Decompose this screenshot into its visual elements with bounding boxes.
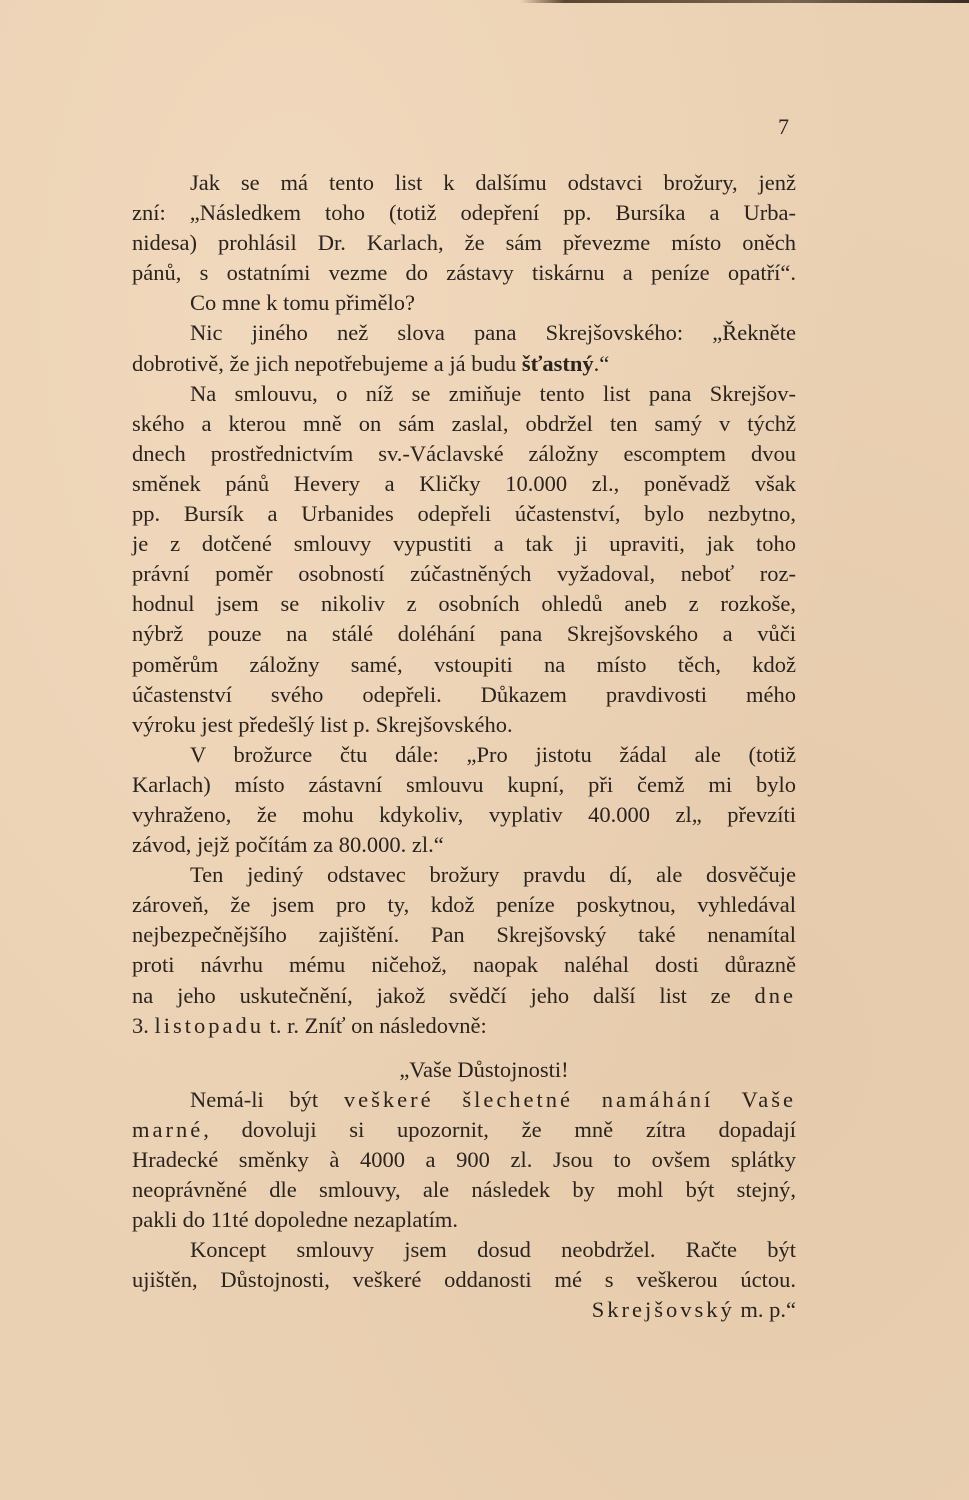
text-line: proti návrhu mému ničehož, naopak naléha… xyxy=(132,950,796,980)
text-line: vyhraženo, že mohu kdykoliv, vyplativ 40… xyxy=(132,800,796,830)
text-line: poměrům záložny samé, vstoupiti na místo… xyxy=(132,650,796,680)
text-line: pp. Bursík a Urbanides odepřeli účastens… xyxy=(132,499,796,529)
text-line: neoprávněné dle smlouvy, ale následek by… xyxy=(132,1175,796,1205)
text-line: Co mne k tomu přimělo? xyxy=(132,288,796,318)
spaced-word: listopadu xyxy=(155,1013,265,1038)
text-line: Nic jiného než slova pana Skrejšovského:… xyxy=(132,318,796,348)
text-line: výroku jest předešlý list p. Skrejšovské… xyxy=(132,710,796,740)
text-line: na jeho uskutečnění, jakož svědčí jeho d… xyxy=(132,981,796,1011)
page-top-edge xyxy=(520,0,969,3)
text-line: Karlach) místo zástavní smlouvu kupní, p… xyxy=(132,770,796,800)
text-line: ského a kterou mně on sám zaslal, obdrže… xyxy=(132,409,796,439)
text-line: Koncept smlouvy jsem dosud neobdržel. Ra… xyxy=(132,1235,796,1265)
text-line: hodnul jsem se nikoliv z osobních ohledů… xyxy=(132,589,796,619)
letter-signature: Skrejšovský m. p.“ xyxy=(132,1295,796,1325)
text-line: zároveň, že jsem pro ty, kdož peníze pos… xyxy=(132,890,796,920)
text-line: nýbrž pouze na stálé doléhání pana Skrej… xyxy=(132,619,796,649)
text-line: nidesa) prohlásil Dr. Karlach, že sám př… xyxy=(132,228,796,258)
text-line: 3. listopadu t. r. Zníť on následovně: xyxy=(132,1011,796,1041)
text-line: závod, jejž počítám za 80.000. zl.“ xyxy=(132,830,796,860)
text-line: Ten jediný odstavec brožury pravdu dí, a… xyxy=(132,860,796,890)
letter-salutation: „Vaše Důstojnosti! xyxy=(132,1055,796,1085)
spaced-word: marné xyxy=(132,1117,203,1142)
body-text: Jak se má tento list k dalšímu odstavci … xyxy=(132,168,796,1326)
text-line: je z dotčené smlouvy vypustiti a tak ji … xyxy=(132,529,796,559)
scanned-page: 7 Jak se má tento list k dalšímu odstavc… xyxy=(0,0,969,1500)
spacer xyxy=(132,1041,796,1055)
text-line: pakli do 11té dopoledne nezaplatím. xyxy=(132,1205,796,1235)
text-line: účastenství svého odepřeli. Důkazem prav… xyxy=(132,680,796,710)
text-line: zní: „Následkem toho (totiž odepření pp.… xyxy=(132,198,796,228)
text-line: marné, dovoluji si upozornit, že mně zít… xyxy=(132,1115,796,1145)
text-line: Hradecké směnky à 4000 a 900 zl. Jsou to… xyxy=(132,1145,796,1175)
text-line: dnech prostřednictvím sv.-Václavské zálo… xyxy=(132,439,796,469)
text-line: dobrotivě, že jich nepotřebujeme a já bu… xyxy=(132,349,796,379)
text-line: nejbezpečnějšího zajištění. Pan Skrejšov… xyxy=(132,920,796,950)
text-line: Jak se má tento list k dalšímu odstavci … xyxy=(132,168,796,198)
page-number: 7 xyxy=(778,114,789,140)
text-line: právní poměr osobností zúčastněných vyža… xyxy=(132,559,796,589)
text-line: Na smlouvu, o níž se zmiňuje tento list … xyxy=(132,379,796,409)
spaced-word: dne xyxy=(755,983,797,1008)
text-line: Nemá-li být veškeré šlechetné namáhání V… xyxy=(132,1085,796,1115)
text-line: V brožurce čtu dále: „Pro jistotu žádal … xyxy=(132,740,796,770)
spaced-phrase: veškeré šlechetné namáhání Vaše xyxy=(344,1087,796,1112)
text-line: směnek pánů Hevery a Kličky 10.000 zl., … xyxy=(132,469,796,499)
text-line: ujištěn, Důstojnosti, veškeré oddanosti … xyxy=(132,1265,796,1295)
text-line: pánů, s ostatními vezme do zástavy tiská… xyxy=(132,258,796,288)
emphasized-word: šťastný xyxy=(522,351,594,376)
